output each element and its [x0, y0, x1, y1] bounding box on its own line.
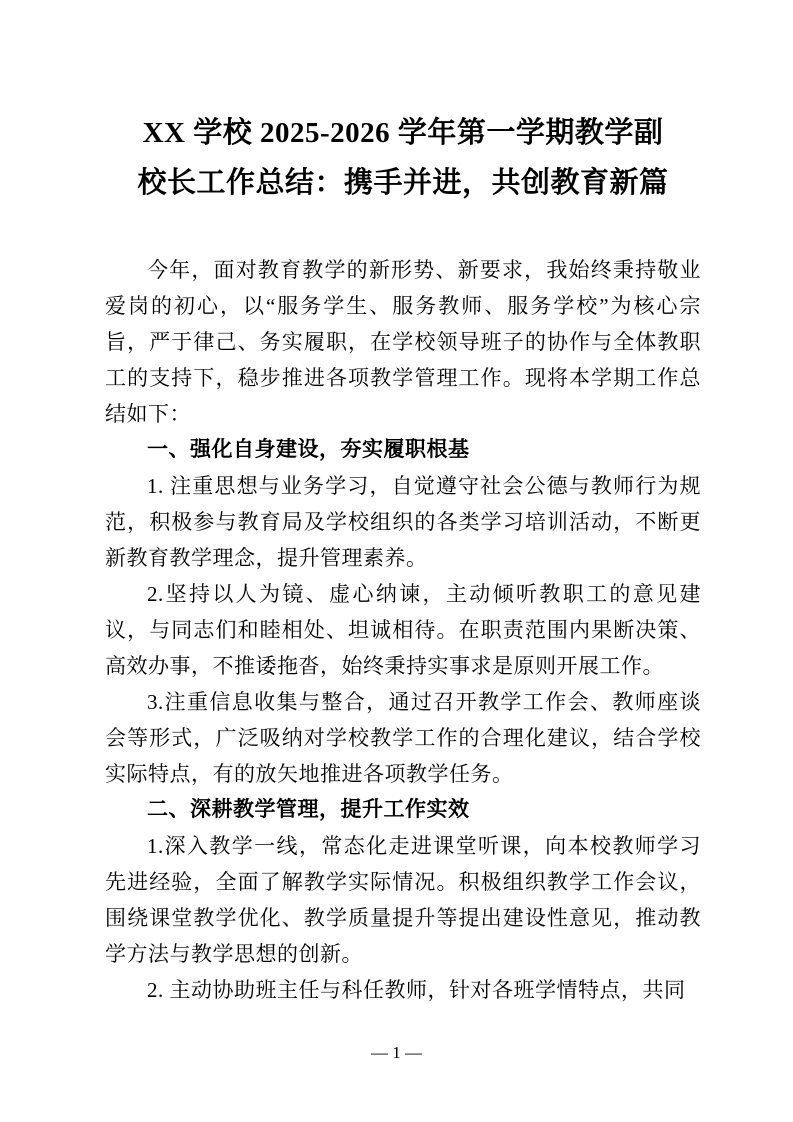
section-2-paragraph-1: 1.深入教学一线，常态化走进课堂听课，向本校教师学习先进经验，全面了解教学实际情… — [105, 828, 701, 972]
section-1-paragraph-1: 1. 注重思想与业务学习，自觉遵守社会公德与教师行为规范，积极参与教育局及学校组… — [105, 468, 701, 576]
section-1-heading: 一、强化自身建设，夯实履职根基 — [105, 432, 701, 468]
section-1-paragraph-3: 3.注重信息收集与整合，通过召开教学工作会、教师座谈会等形式，广泛吸纳对学校教学… — [105, 684, 701, 792]
document-page: XX 学校 2025-2026 学年第一学期教学副 校长工作总结：携手并进，共创… — [0, 0, 793, 1122]
section-2-heading: 二、深耕教学管理，提升工作实效 — [105, 792, 701, 828]
title-line-2: 校长工作总结：携手并进，共创教育新篇 — [105, 158, 701, 208]
intro-paragraph: 今年，面对教育教学的新形势、新要求，我始终秉持敬业爱岗的初心，以“服务学生、服务… — [105, 252, 701, 432]
section-1-paragraph-2: 2.坚持以人为镜、虚心纳谏，主动倾听教职工的意见建议，与同志们和睦相处、坦诚相待… — [105, 576, 701, 684]
title-line-1: XX 学校 2025-2026 学年第一学期教学副 — [105, 108, 701, 158]
page-number: — 1 — — [0, 1044, 793, 1062]
document-title: XX 学校 2025-2026 学年第一学期教学副 校长工作总结：携手并进，共创… — [105, 108, 701, 208]
document-content: XX 学校 2025-2026 学年第一学期教学副 校长工作总结：携手并进，共创… — [105, 108, 701, 1008]
section-2-paragraph-2-truncated: 2. 主动协助班主任与科任教师，针对各班学情特点，共同 — [105, 972, 701, 1008]
